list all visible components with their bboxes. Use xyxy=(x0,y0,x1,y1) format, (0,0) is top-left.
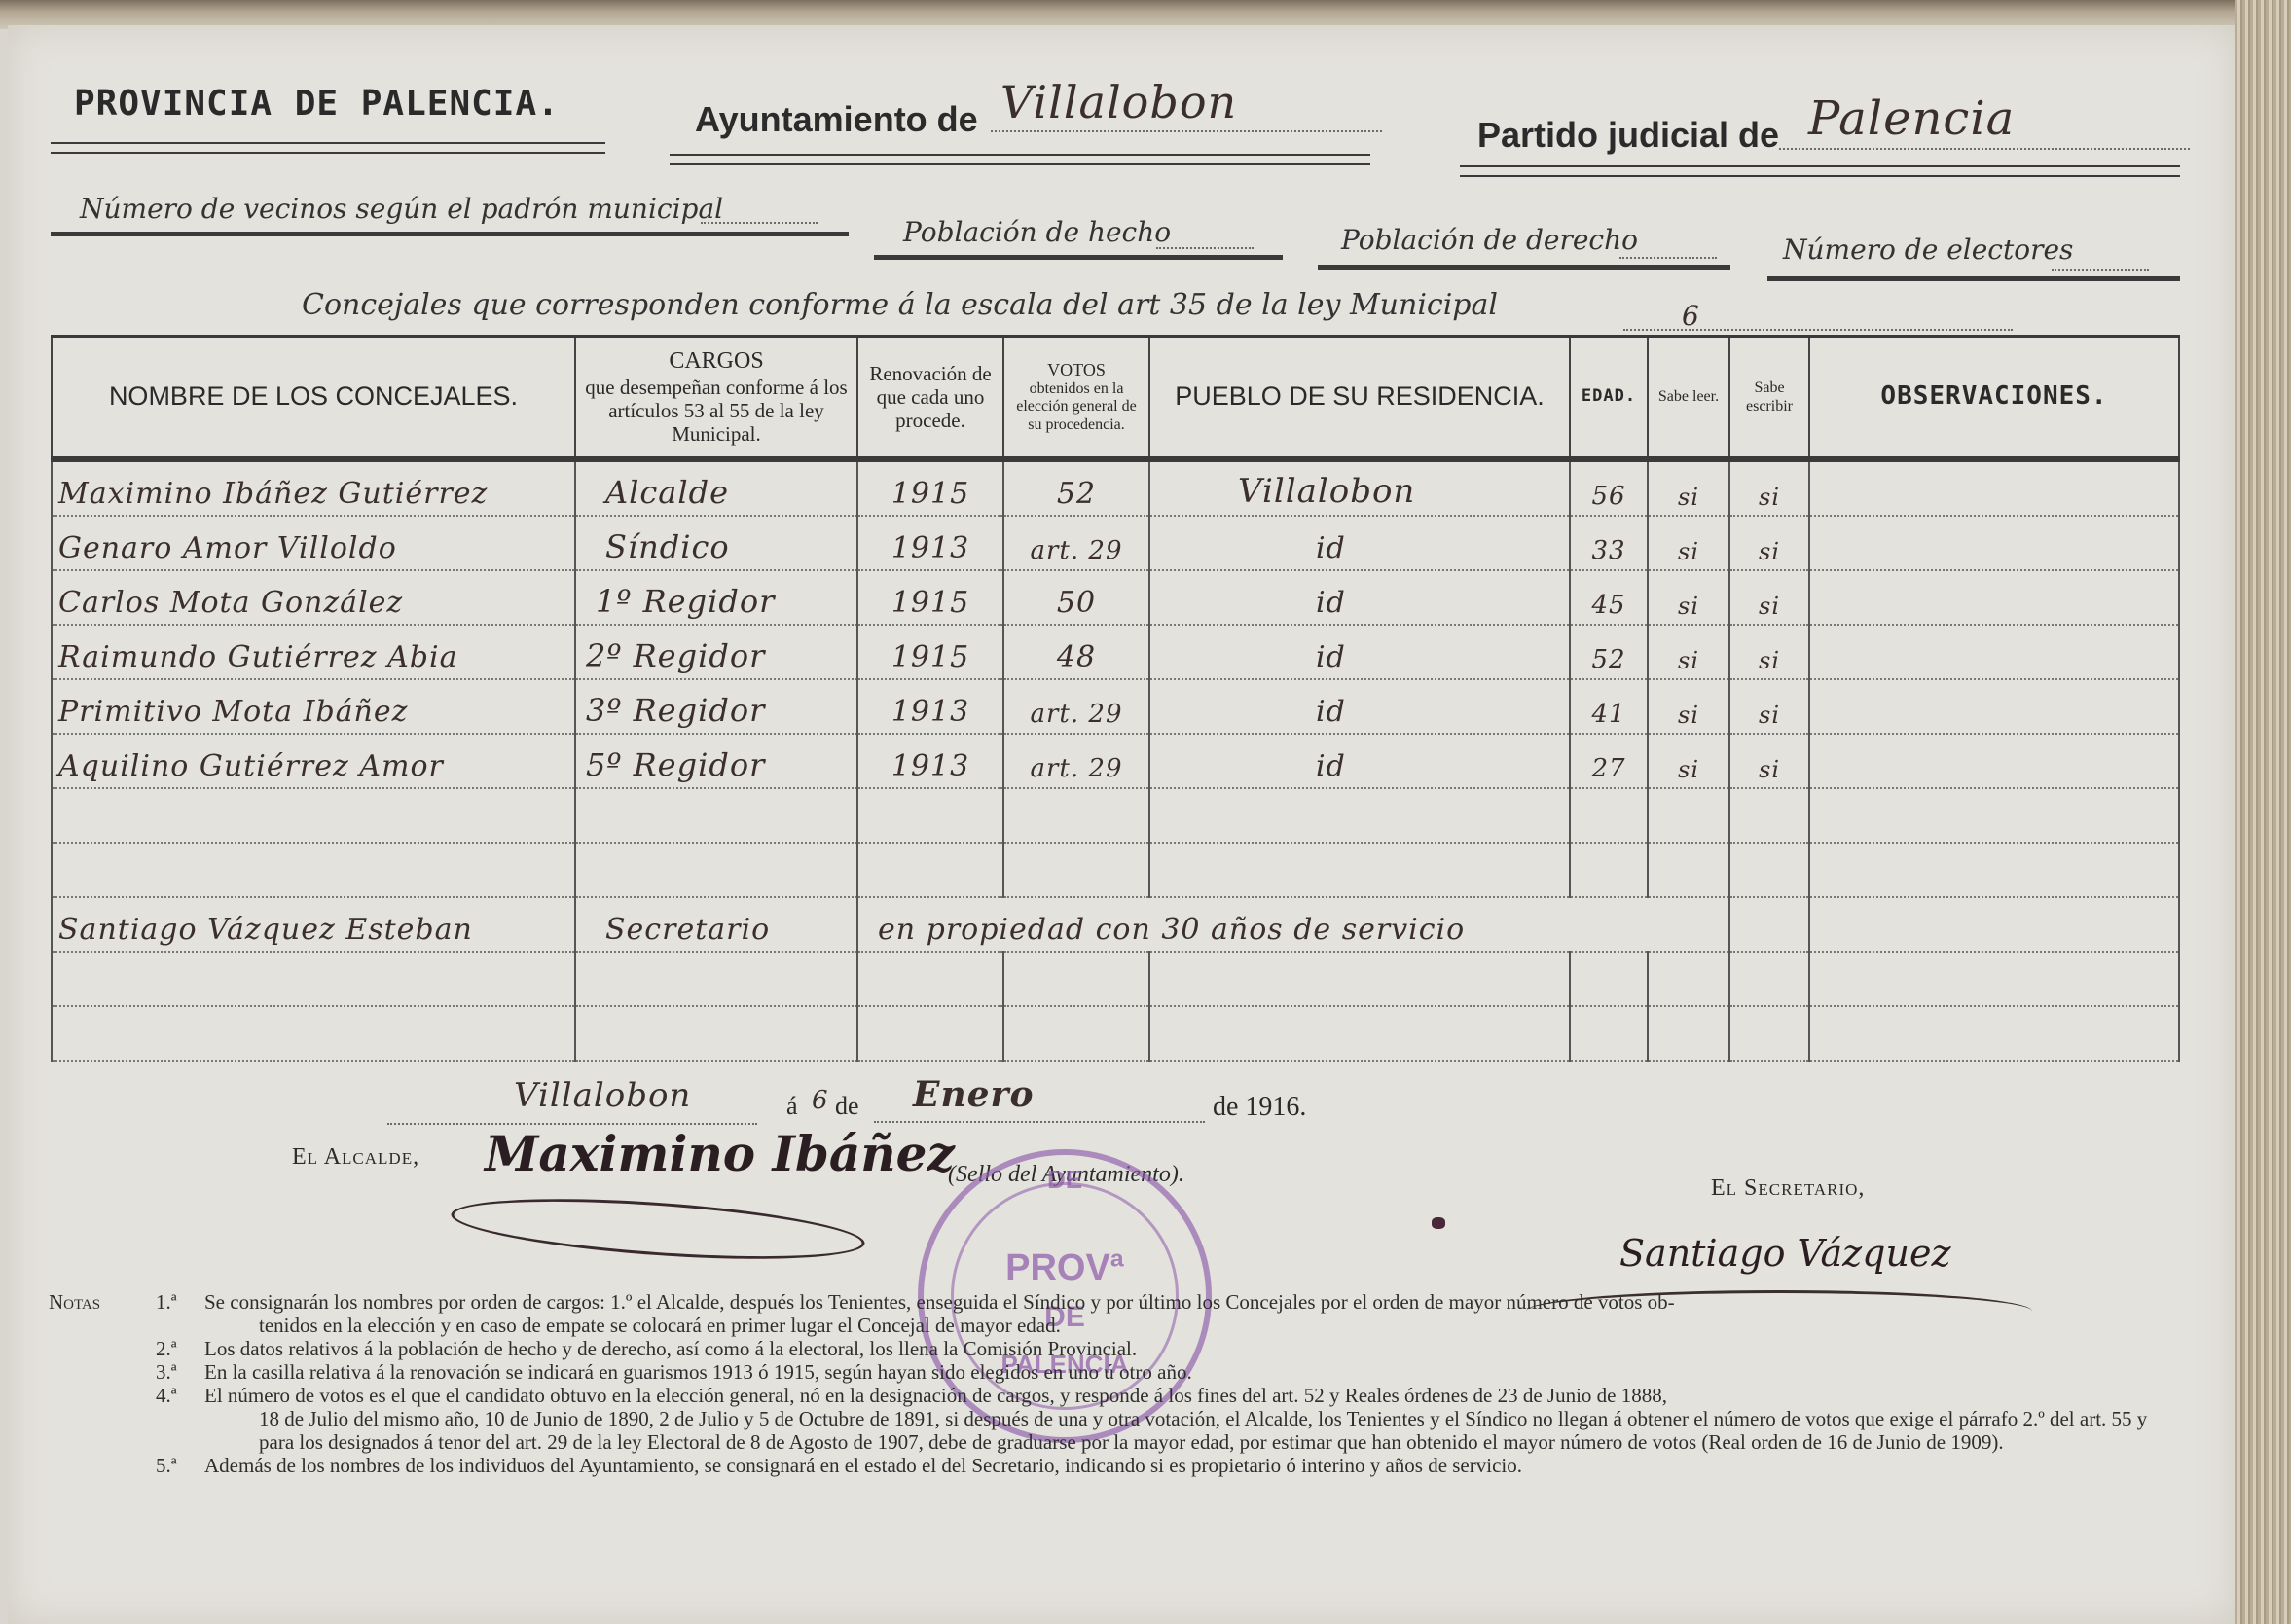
cell-escribir: si xyxy=(1729,570,1809,625)
note-text: En la casilla relativa á la renovación s… xyxy=(204,1360,1192,1384)
cell-escribir: si xyxy=(1729,459,1809,516)
cell-escribir xyxy=(1729,897,1809,952)
cell-cargo: Secretario xyxy=(575,897,857,952)
cell-pueblo: id xyxy=(1149,679,1570,734)
table-row xyxy=(52,952,2179,1006)
secretario-label: El Secretario, xyxy=(1711,1175,1865,1202)
vecinos-rule xyxy=(51,232,849,236)
alcalde-label: El Alcalde, xyxy=(292,1144,419,1171)
cell-observaciones xyxy=(1809,459,2179,516)
electores-rule xyxy=(1767,276,2180,281)
hecho-rule xyxy=(874,255,1283,260)
cell-nombre xyxy=(52,788,575,843)
footer-year: de 1916. xyxy=(1213,1092,1306,1123)
table-row: Aquilino Gutiérrez Amor 5º Regidor 1913 … xyxy=(52,734,2179,788)
cell-cargo xyxy=(575,952,857,1006)
cell-edad: 27 xyxy=(1570,734,1648,788)
alcalde-signature: Maximino Ibáñez xyxy=(485,1125,955,1182)
derecho-value xyxy=(1619,255,1717,259)
table-row: Genaro Amor Villoldo Síndico 1913 art. 2… xyxy=(52,516,2179,570)
header-observaciones: OBSERVACIONES. xyxy=(1809,337,2179,460)
cell-edad: 41 xyxy=(1570,679,1648,734)
table-row xyxy=(52,788,2179,843)
cell-edad: 33 xyxy=(1570,516,1648,570)
table-row: Primitivo Mota Ibáñez 3º Regidor 1913 ar… xyxy=(52,679,2179,734)
cell-pueblo: id xyxy=(1149,516,1570,570)
header-sabe-leer: Sabe leer. xyxy=(1648,337,1729,460)
cell-edad xyxy=(1570,843,1648,897)
table-row xyxy=(52,843,2179,897)
cell-nombre: Primitivo Mota Ibáñez xyxy=(52,679,575,734)
cell-cargo: 3º Regidor xyxy=(575,679,857,734)
note-number: 3.ª xyxy=(156,1360,177,1384)
header-edad: EDAD. xyxy=(1570,337,1648,460)
cell-leer: si xyxy=(1648,734,1729,788)
secretario-signature: Santiago Vázquez xyxy=(1619,1232,1950,1275)
cell-edad: 56 xyxy=(1570,459,1648,516)
cell-observaciones xyxy=(1809,952,2179,1006)
cell-votos: 52 xyxy=(1003,459,1149,516)
cell-escribir: si xyxy=(1729,734,1809,788)
note-text: Además de los nombres de los individuos … xyxy=(204,1454,1522,1477)
book-edge-right xyxy=(2235,0,2291,1624)
cell-nombre xyxy=(52,952,575,1006)
cell-pueblo: Villalobon xyxy=(1149,459,1570,516)
vecinos-value xyxy=(701,220,818,224)
province-rule xyxy=(51,142,605,154)
partido-rule xyxy=(1460,165,2180,177)
cell-renovacion xyxy=(857,843,1003,897)
cell-edad xyxy=(1570,788,1648,843)
cell-edad xyxy=(1570,1006,1648,1061)
cell-cargo xyxy=(575,1006,857,1061)
cell-renovacion: 1913 xyxy=(857,679,1003,734)
ink-blot xyxy=(1432,1217,1445,1229)
ayuntamiento-label: Ayuntamiento de xyxy=(695,99,978,140)
header-sabe-escribir: Sabe escribir xyxy=(1729,337,1809,460)
footer-a-label: á xyxy=(786,1092,798,1121)
cell-votos xyxy=(1003,843,1149,897)
table-row: Raimundo Gutiérrez Abia 2º Regidor 1915 … xyxy=(52,625,2179,679)
note-cont: tenidos en la elección y en caso de empa… xyxy=(204,1314,2170,1337)
note-number: 1.ª xyxy=(156,1290,177,1314)
header-nombre: NOMBRE DE LOS CONCEJALES. xyxy=(52,337,575,460)
cell-secretario-servicio: en propiedad con 30 años de servicio xyxy=(857,897,1729,952)
cell-renovacion: 1915 xyxy=(857,625,1003,679)
header-cargos: CARGOSque desempeñan conforme á los artí… xyxy=(575,337,857,460)
cell-cargo xyxy=(575,843,857,897)
cell-votos: 50 xyxy=(1003,570,1149,625)
cell-cargo: 2º Regidor xyxy=(575,625,857,679)
cell-pueblo xyxy=(1149,843,1570,897)
cell-leer xyxy=(1648,788,1729,843)
cell-votos: art. 29 xyxy=(1003,679,1149,734)
cell-pueblo: id xyxy=(1149,570,1570,625)
cell-observaciones xyxy=(1809,1006,2179,1061)
cell-pueblo xyxy=(1149,788,1570,843)
document-page: PROVINCIA DE PALENCIA. Ayuntamiento de V… xyxy=(8,25,2236,1624)
table-row: Carlos Mota González 1º Regidor 1915 50 … xyxy=(52,570,2179,625)
cell-observaciones xyxy=(1809,843,2179,897)
partido-value: Palencia xyxy=(1779,91,2190,150)
table-row xyxy=(52,1006,2179,1061)
cell-escribir: si xyxy=(1729,679,1809,734)
note-number: 5.ª xyxy=(156,1454,177,1477)
cell-escribir: si xyxy=(1729,516,1809,570)
cell-votos: art. 29 xyxy=(1003,516,1149,570)
ayuntamiento-rule xyxy=(670,154,1370,165)
cell-votos xyxy=(1003,952,1149,1006)
note-4: 4.ª El número de votos es el que el cand… xyxy=(49,1384,2170,1454)
cell-leer: si xyxy=(1648,679,1729,734)
cell-edad xyxy=(1570,952,1648,1006)
cell-leer xyxy=(1648,843,1729,897)
cell-cargo: Síndico xyxy=(575,516,857,570)
cell-pueblo xyxy=(1149,1006,1570,1061)
cell-renovacion xyxy=(857,952,1003,1006)
table-header-row: NOMBRE DE LOS CONCEJALES. CARGOSque dese… xyxy=(52,337,2179,460)
alcalde-rubric xyxy=(450,1188,867,1270)
cell-cargo: Alcalde xyxy=(575,459,857,516)
cell-leer: si xyxy=(1648,625,1729,679)
cell-nombre: Maximino Ibáñez Gutiérrez xyxy=(52,459,575,516)
cell-edad: 45 xyxy=(1570,570,1648,625)
cell-votos xyxy=(1003,788,1149,843)
vecinos-label: Número de vecinos según el padrón munici… xyxy=(80,193,723,225)
cell-pueblo: id xyxy=(1149,734,1570,788)
cell-observaciones xyxy=(1809,570,2179,625)
electores-value xyxy=(2052,267,2149,271)
cell-nombre: Carlos Mota González xyxy=(52,570,575,625)
cell-leer: si xyxy=(1648,516,1729,570)
cell-nombre: Aquilino Gutiérrez Amor xyxy=(52,734,575,788)
cell-votos: art. 29 xyxy=(1003,734,1149,788)
note-text: Los datos relativos á la población de he… xyxy=(204,1337,1137,1360)
cell-renovacion: 1915 xyxy=(857,459,1003,516)
concejales-value: 6 xyxy=(1623,300,2013,331)
note-5: 5.ª Además de los nombres de los individ… xyxy=(49,1454,2170,1477)
footer-month-line xyxy=(874,1119,1205,1123)
cell-escribir: si xyxy=(1729,625,1809,679)
header-renovacion: Renovación de que cada uno procede. xyxy=(857,337,1003,460)
cell-cargo xyxy=(575,788,857,843)
cell-leer xyxy=(1648,1006,1729,1061)
cell-nombre xyxy=(52,1006,575,1061)
stamp-top-text: DE xyxy=(924,1165,1206,1195)
hecho-value xyxy=(1156,245,1254,249)
cell-escribir xyxy=(1729,952,1809,1006)
cell-observaciones xyxy=(1809,897,2179,952)
cell-observaciones xyxy=(1809,788,2179,843)
cell-escribir xyxy=(1729,788,1809,843)
cell-leer: si xyxy=(1648,570,1729,625)
cell-cargo: 1º Regidor xyxy=(575,570,857,625)
footer-place: Villalobon xyxy=(514,1076,691,1115)
cell-escribir xyxy=(1729,1006,1809,1061)
cell-observaciones xyxy=(1809,679,2179,734)
cell-nombre xyxy=(52,843,575,897)
table-row: Maximino Ibáñez Gutiérrez Alcalde 1915 5… xyxy=(52,459,2179,516)
cell-nombre: Genaro Amor Villoldo xyxy=(52,516,575,570)
concejales-table: NOMBRE DE LOS CONCEJALES. CARGOSque dese… xyxy=(51,335,2180,1062)
note-number: 2.ª xyxy=(156,1337,177,1360)
notes-section: Notas 1.ª Se consignarán los nombres por… xyxy=(49,1290,2170,1477)
cell-pueblo xyxy=(1149,952,1570,1006)
cell-cargo: 5º Regidor xyxy=(575,734,857,788)
cell-observaciones xyxy=(1809,625,2179,679)
cell-observaciones xyxy=(1809,734,2179,788)
table-row-secretario: Santiago Vázquez Esteban Secretario en p… xyxy=(52,897,2179,952)
cell-pueblo: id xyxy=(1149,625,1570,679)
cell-edad: 52 xyxy=(1570,625,1648,679)
province-title: PROVINCIA DE PALENCIA. xyxy=(74,84,560,124)
note-2: 2.ª Los datos relativos á la población d… xyxy=(49,1337,2170,1360)
note-text: Se consignarán los nombres por orden de … xyxy=(204,1290,1675,1314)
note-text: El número de votos es el que el candidat… xyxy=(204,1384,1667,1407)
note-1: Notas 1.ª Se consignarán los nombres por… xyxy=(49,1290,2170,1337)
derecho-rule xyxy=(1318,265,1730,270)
cell-leer xyxy=(1648,952,1729,1006)
cell-renovacion xyxy=(857,1006,1003,1061)
partido-label: Partido judicial de xyxy=(1477,115,1779,156)
note-cont: 18 de Julio del mismo año, 10 de Junio d… xyxy=(204,1407,2170,1454)
cell-escribir xyxy=(1729,843,1809,897)
stamp-line-prov: PROVª xyxy=(924,1247,1206,1289)
cell-nombre: Santiago Vázquez Esteban xyxy=(52,897,575,952)
notes-title: Notas xyxy=(49,1290,100,1314)
electores-label: Número de electores xyxy=(1783,234,2073,266)
concejales-label: Concejales que corresponden conforme á l… xyxy=(302,288,1498,322)
cell-observaciones xyxy=(1809,516,2179,570)
cell-renovacion: 1915 xyxy=(857,570,1003,625)
footer-day: 6 xyxy=(812,1086,829,1115)
footer-de-label: de xyxy=(835,1092,859,1121)
cell-renovacion xyxy=(857,788,1003,843)
footer-month: Enero xyxy=(913,1074,1035,1115)
cell-votos xyxy=(1003,1006,1149,1061)
cell-renovacion: 1913 xyxy=(857,516,1003,570)
note-3: 3.ª En la casilla relativa á la renovaci… xyxy=(49,1360,2170,1384)
cell-renovacion: 1913 xyxy=(857,734,1003,788)
cell-nombre: Raimundo Gutiérrez Abia xyxy=(52,625,575,679)
note-number: 4.ª xyxy=(156,1384,177,1407)
header-pueblo: PUEBLO DE SU RESIDENCIA. xyxy=(1149,337,1570,460)
cell-votos: 48 xyxy=(1003,625,1149,679)
header-votos: VOTOSobtenidos en la elección general de… xyxy=(1003,337,1149,460)
hecho-label: Población de hecho xyxy=(903,216,1171,248)
cell-leer: si xyxy=(1648,459,1729,516)
derecho-label: Población de derecho xyxy=(1341,224,1638,256)
ayuntamiento-value: Villalobon xyxy=(991,76,1382,132)
